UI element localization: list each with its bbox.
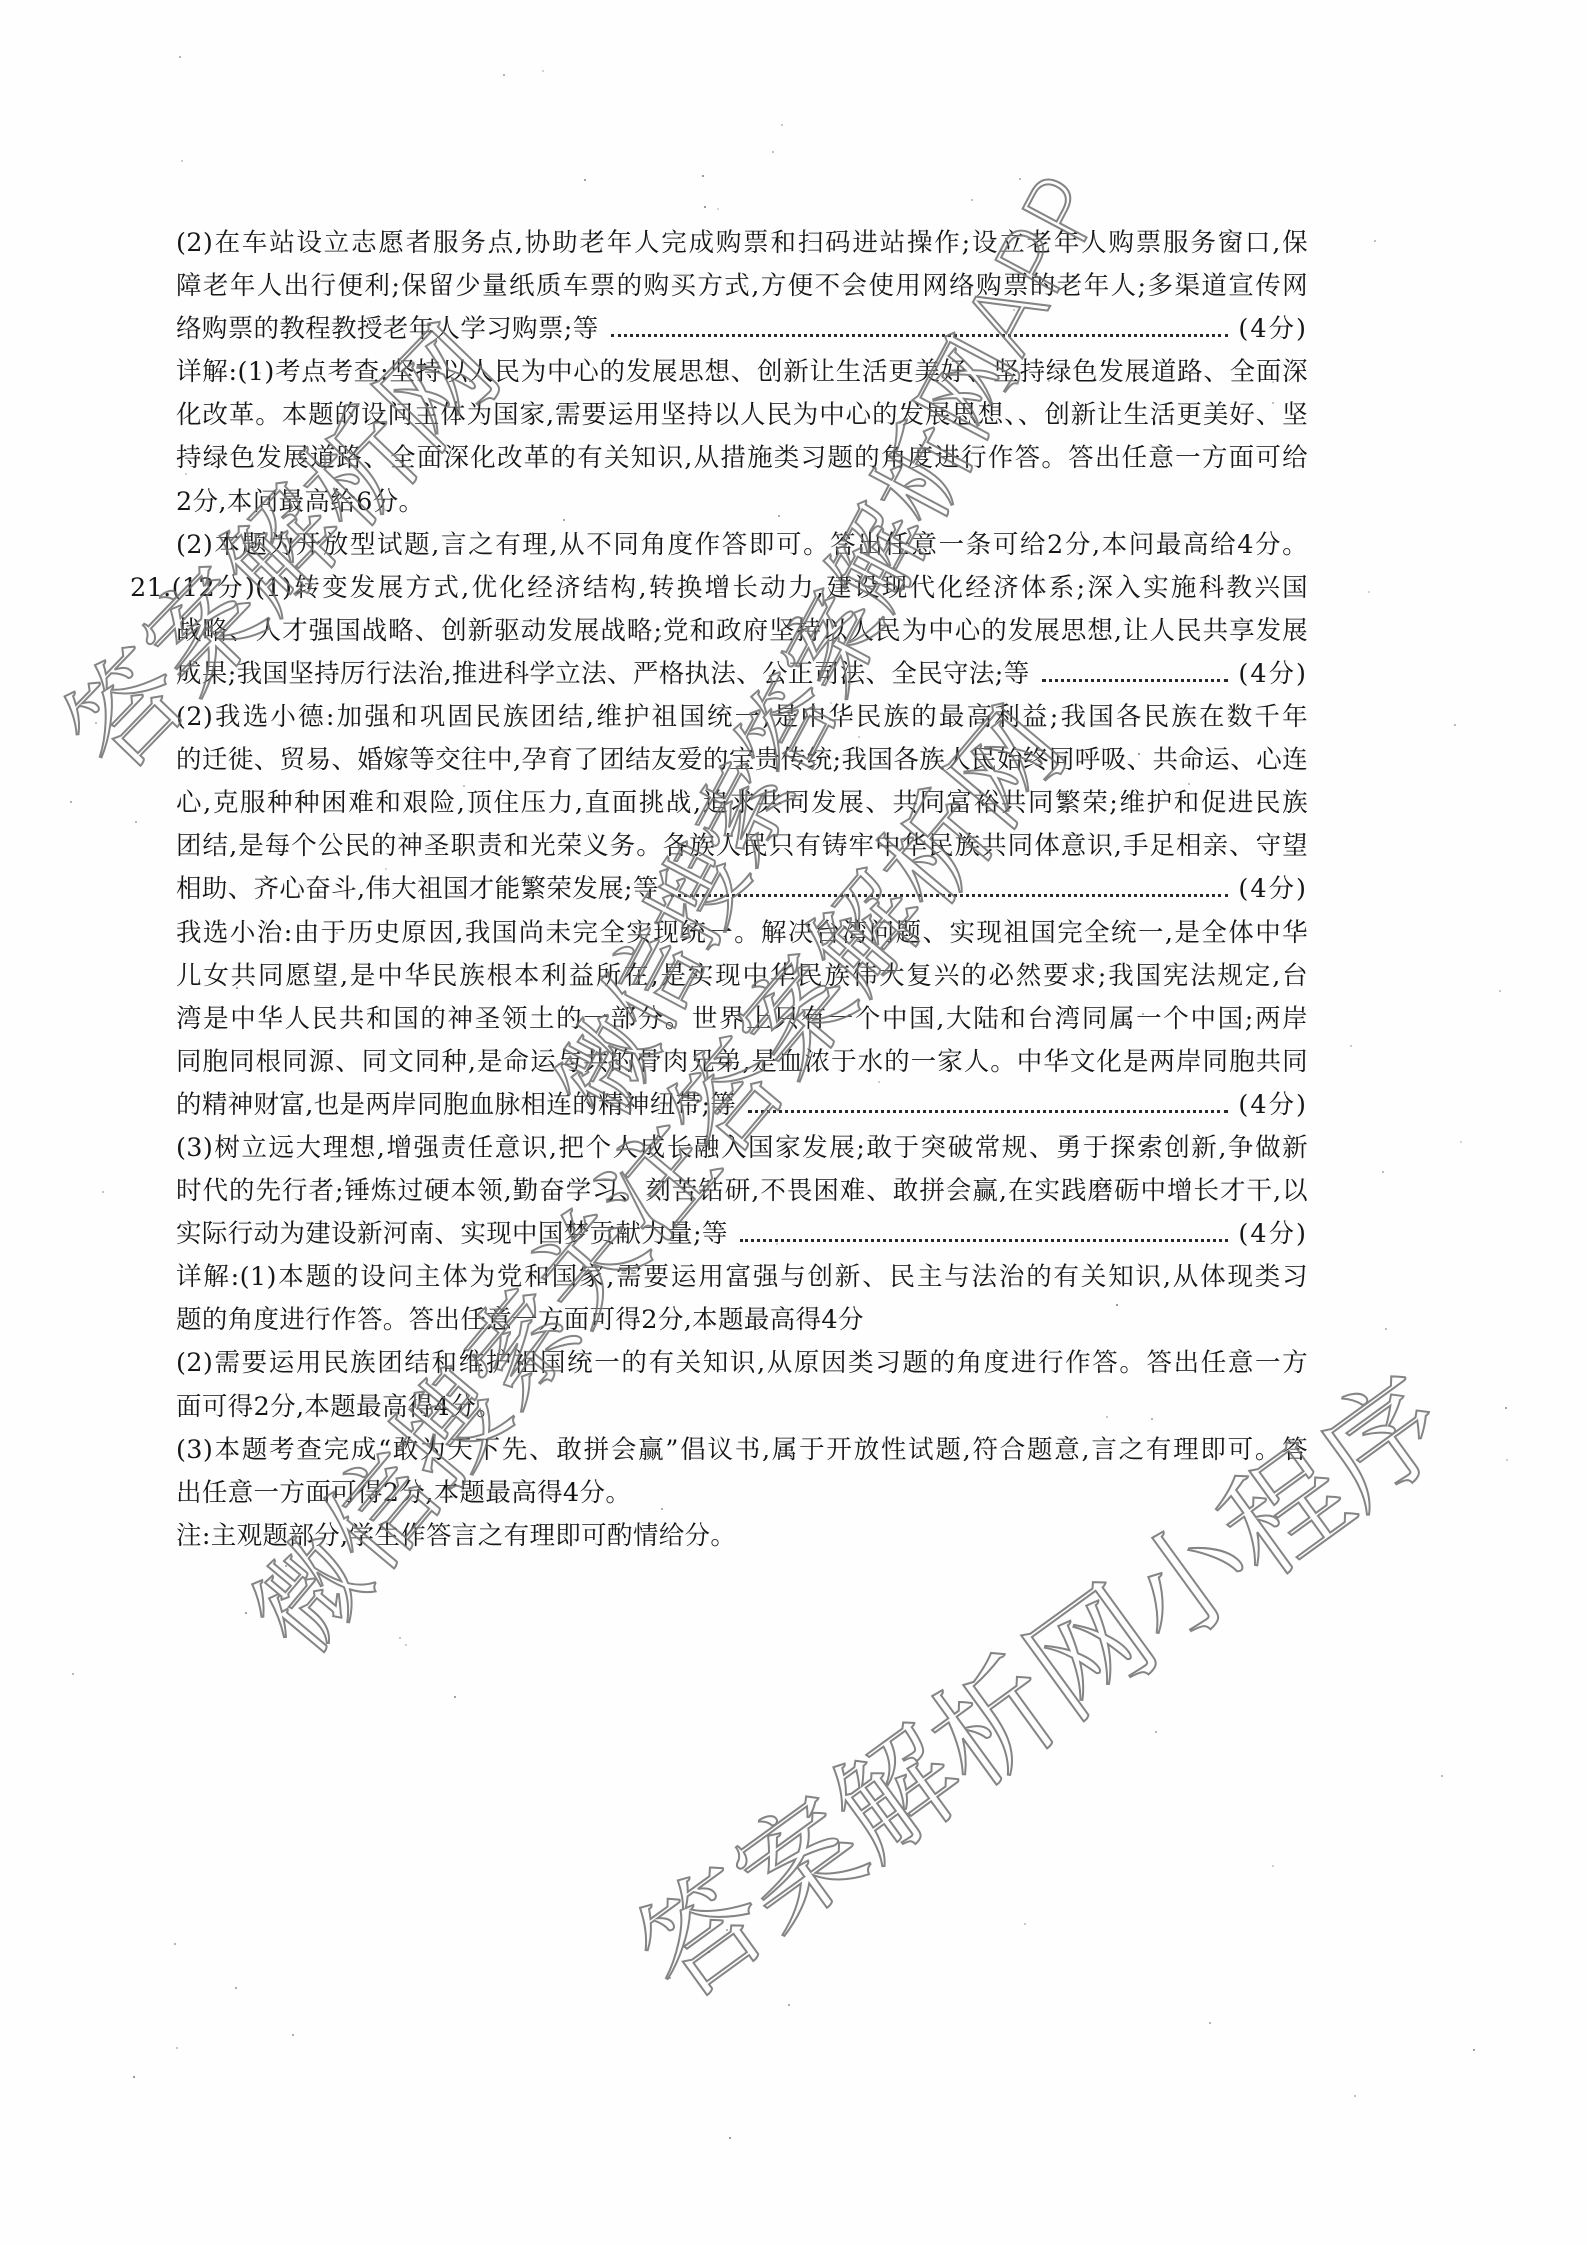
text-line: (3)树立远大理想,增强责任意识,把个人成长融入国家发展;敢于突破常规、勇于探索… bbox=[176, 1127, 1308, 1170]
text-line: 我选小治:由于历史原因,我国尚未完全实现统一。解决台湾问题、实现祖国完全统一,是… bbox=[176, 912, 1308, 955]
score-points: (4分) bbox=[1238, 1213, 1308, 1256]
scan-speck bbox=[503, 74, 505, 76]
scan-speck bbox=[176, 2047, 178, 2049]
scan-speck bbox=[403, 1488, 405, 1490]
scan-speck bbox=[1142, 1013, 1144, 1015]
document-page: (2)在车站设立志愿者服务点,协助老年人完成购票和扫码进站操作;设立老年人购票服… bbox=[0, 0, 1587, 2245]
text-line: 儿女共同愿望,是中华民族根本利益所在,是实现中华民族伟大复兴的必然要求;我国宪法… bbox=[176, 955, 1308, 998]
scan-speck bbox=[1136, 596, 1138, 598]
dotted-leader bbox=[611, 330, 1229, 337]
scan-speck bbox=[701, 839, 703, 841]
scan-speck bbox=[425, 894, 427, 896]
score-points: (4分) bbox=[1238, 653, 1308, 696]
scan-speck bbox=[416, 985, 418, 987]
scan-speck bbox=[1272, 402, 1274, 404]
scan-speck bbox=[259, 372, 261, 374]
answer-text: 实际行动为建设新河南、实现中国梦贡献力量;等 bbox=[176, 1213, 728, 1256]
answer-line-with-score: 络购票的教程教授老年人学习购票;等(4分) bbox=[176, 308, 1308, 351]
text-line: 同胞同根同源、同文同种,是命运与共的骨肉兄弟,是血浓于水的一家人。中华文化是两岸… bbox=[176, 1041, 1308, 1084]
scan-speck bbox=[135, 821, 137, 823]
scan-speck bbox=[1454, 724, 1456, 726]
scan-speck bbox=[1116, 1304, 1118, 1306]
scan-speck bbox=[374, 875, 376, 877]
scan-speck bbox=[772, 151, 774, 153]
scan-speck bbox=[1382, 1171, 1384, 1173]
dotted-leader bbox=[748, 1106, 1228, 1113]
answer-text: 相助、齐心奋斗,伟大祖国才能繁荣发展;等 bbox=[176, 868, 659, 911]
answer-key-body: (2)在车站设立志愿者服务点,协助老年人完成购票和扫码进站操作;设立老年人购票服… bbox=[176, 222, 1308, 1558]
scan-speck bbox=[627, 414, 629, 416]
scan-speck bbox=[702, 175, 704, 177]
text-line: 2分,本问最高给6分。 bbox=[176, 481, 1308, 524]
scan-speck bbox=[778, 515, 780, 517]
scan-speck bbox=[661, 1508, 663, 1510]
scan-speck bbox=[396, 661, 398, 663]
scan-speck bbox=[1209, 2022, 1211, 2024]
scan-speck bbox=[1505, 1407, 1507, 1409]
scan-speck bbox=[463, 785, 465, 787]
text-line: 出任意一方面可得2分,本题最高得4分。 bbox=[176, 1472, 1308, 1515]
answer-line-with-score: 的精神财富,也是两岸同胞血脉相连的精神纽带;等(4分) bbox=[176, 1084, 1308, 1127]
scan-speck bbox=[788, 2004, 790, 2006]
scan-speck bbox=[1151, 1418, 1153, 1420]
scan-speck bbox=[870, 1445, 872, 1447]
answer-line-with-score: 成果;我国坚持厉行法治,推进科学立法、严格执法、公正司法、全民守法;等(4分) bbox=[176, 653, 1308, 696]
text-line: 面可得2分,本题最高得4分。 bbox=[176, 1386, 1308, 1429]
scan-speck bbox=[235, 1987, 237, 1989]
text-line: 化改革。本题的设问主体为国家,需要运用坚持以人民为中心的发展思想、、创新让生活更… bbox=[176, 394, 1308, 437]
scan-speck bbox=[1368, 591, 1370, 593]
scan-speck bbox=[783, 975, 785, 977]
scan-speck bbox=[1354, 2095, 1356, 2097]
scan-speck bbox=[72, 1673, 74, 1675]
scan-speck bbox=[1506, 1459, 1508, 1461]
score-points: (4分) bbox=[1238, 868, 1308, 911]
scan-speck bbox=[336, 932, 338, 934]
scan-speck bbox=[542, 70, 544, 72]
dotted-leader bbox=[1042, 675, 1229, 682]
text-line: 详解:(1)考点考查:坚持以人民为中心的发展思想、创新让生活更美好、坚持绿色发展… bbox=[176, 351, 1308, 394]
scan-speck bbox=[405, 1644, 407, 1646]
scan-speck bbox=[1013, 309, 1015, 311]
scan-speck bbox=[133, 2076, 135, 2078]
scan-speck bbox=[285, 1565, 287, 1567]
scan-speck bbox=[1188, 783, 1190, 785]
scan-speck bbox=[1155, 1731, 1157, 1733]
scan-speck bbox=[584, 179, 586, 181]
scan-speck bbox=[1441, 1775, 1443, 1777]
text-line: 心,克服种种困难和艰险,顶住压力,直面挑战,追求共同发展、共同富裕共同繁荣;维护… bbox=[176, 782, 1308, 825]
scan-speck bbox=[185, 473, 187, 475]
score-points: (4分) bbox=[1238, 308, 1308, 351]
text-line: 题的角度进行作答。答出任意一方面可得2分,本题最高得4分 bbox=[176, 1299, 1308, 1342]
scan-speck bbox=[1019, 178, 1021, 180]
answer-text: 成果;我国坚持厉行法治,推进科学立法、严格执法、公正司法、全民守法;等 bbox=[176, 653, 1030, 696]
scan-speck bbox=[729, 2137, 731, 2139]
scan-speck bbox=[659, 635, 661, 637]
scan-speck bbox=[179, 56, 181, 58]
scan-speck bbox=[236, 987, 238, 989]
scan-speck bbox=[102, 1191, 104, 1193]
scan-speck bbox=[940, 893, 942, 895]
scan-speck bbox=[292, 2034, 294, 2036]
text-line: (2)需要运用民族团结和维护祖国统一的有关知识,从原因类习题的角度进行作答。答出… bbox=[176, 1342, 1308, 1385]
scan-speck bbox=[830, 702, 832, 704]
scan-speck bbox=[1048, 380, 1050, 382]
scan-speck bbox=[1272, 381, 1274, 383]
scan-speck bbox=[781, 124, 783, 126]
scan-speck bbox=[858, 736, 860, 738]
dotted-leader bbox=[671, 890, 1229, 897]
scan-speck bbox=[454, 1696, 456, 1698]
text-line: (2)本题为开放型试题,言之有理,从不同角度作答即可。答出任意一条可给2分,本问… bbox=[176, 524, 1308, 567]
scan-speck bbox=[1106, 1416, 1108, 1418]
text-line: 持绿色发展道路、全面深化改革的有关知识,从措施类习题的角度进行作答。答出任意一方… bbox=[176, 437, 1308, 480]
scan-speck bbox=[718, 976, 720, 978]
text-line: 的迁徙、贸易、婚嫁等交往中,孕育了团结友爱的宝贵传统;我国各族人民始终同呼吸、共… bbox=[176, 739, 1308, 782]
scan-speck bbox=[726, 1929, 728, 1931]
text-line: (3)本题考查完成“敢为天下先、敢拼会赢”倡议书,属于开放性试题,符合题意,言之… bbox=[176, 1429, 1308, 1472]
text-line: 障老年人出行便利;保留少量纸质车票的购买方式,方便不会使用网络购票的老年人;多渠… bbox=[176, 265, 1308, 308]
scan-speck bbox=[174, 1943, 176, 1945]
scan-speck bbox=[181, 160, 183, 162]
answer-line-with-score: 实际行动为建设新河南、实现中国梦贡献力量;等(4分) bbox=[176, 1213, 1308, 1256]
scan-speck bbox=[1024, 1923, 1026, 1925]
scan-speck bbox=[1473, 2049, 1475, 2051]
scan-speck bbox=[399, 1637, 401, 1639]
scan-speck bbox=[1272, 1865, 1274, 1867]
scan-speck bbox=[95, 722, 97, 724]
scan-speck bbox=[563, 519, 565, 521]
scan-speck bbox=[1040, 627, 1042, 629]
scan-speck bbox=[184, 368, 186, 370]
scan-speck bbox=[1460, 1141, 1462, 1143]
answer-text: 的精神财富,也是两岸同胞血脉相连的精神纽带;等 bbox=[176, 1084, 736, 1127]
score-points: (4分) bbox=[1238, 1084, 1308, 1127]
scan-speck bbox=[219, 1061, 221, 1063]
scan-speck bbox=[245, 1612, 247, 1614]
answer-text: 络购票的教程教授老年人学习购票;等 bbox=[176, 308, 599, 351]
scan-speck bbox=[1385, 1328, 1387, 1330]
text-line: 时代的先行者;锤炼过硬本领,勤奋学习、刻苦钻研,不畏困难、敢拼会赢,在实践磨砺中… bbox=[176, 1170, 1308, 1213]
scan-speck bbox=[744, 285, 746, 287]
text-line: 注:主观题部分,学生作答言之有理即可酌情给分。 bbox=[176, 1515, 1308, 1558]
scan-speck bbox=[717, 208, 719, 210]
scan-speck bbox=[878, 1081, 880, 1083]
scan-speck bbox=[1350, 1045, 1352, 1047]
text-line: (2)在车站设立志愿者服务点,协助老年人完成购票和扫码进站操作;设立老年人购票服… bbox=[176, 222, 1308, 265]
question-21-heading-line: 21.(12分)(1)转变发展方式,优化经济结构,转换增长动力,建设现代化经济体… bbox=[130, 567, 1308, 610]
text-line: (2)我选小德:加强和巩固民族团结,维护祖国统一,是中华民族的最高利益;我国各民… bbox=[176, 696, 1308, 739]
scan-speck bbox=[704, 206, 706, 208]
text-line: 战略、人才强国战略、创新驱动发展战略;党和政府坚持以人民为中心的发展思想,让人民… bbox=[176, 610, 1308, 653]
scan-speck bbox=[708, 1951, 710, 1953]
answer-line-with-score: 相助、齐心奋斗,伟大祖国才能繁荣发展;等(4分) bbox=[176, 868, 1308, 911]
scan-speck bbox=[1499, 990, 1501, 992]
scan-speck bbox=[385, 868, 387, 870]
dotted-leader bbox=[740, 1235, 1229, 1242]
scan-speck bbox=[669, 1977, 671, 1979]
scan-speck bbox=[1374, 240, 1376, 242]
scan-speck bbox=[971, 199, 973, 201]
scan-speck bbox=[70, 801, 72, 803]
text-line: 团结,是每个公民的神圣职责和光荣义务。各族人民只有铸牢中华民族共同体意识,手足相… bbox=[176, 825, 1308, 868]
text-line: 详解:(1)本题的设问主体为党和国家,需要运用富强与创新、民主与法治的有关知识,… bbox=[176, 1256, 1308, 1299]
text-line: 湾是中华人民共和国的神圣领土的一部分。世界上只有一个中国,大陆和台湾同属一个中国… bbox=[176, 998, 1308, 1041]
scan-speck bbox=[776, 1243, 778, 1245]
scan-speck bbox=[1138, 753, 1140, 755]
scan-speck bbox=[666, 1104, 668, 1106]
